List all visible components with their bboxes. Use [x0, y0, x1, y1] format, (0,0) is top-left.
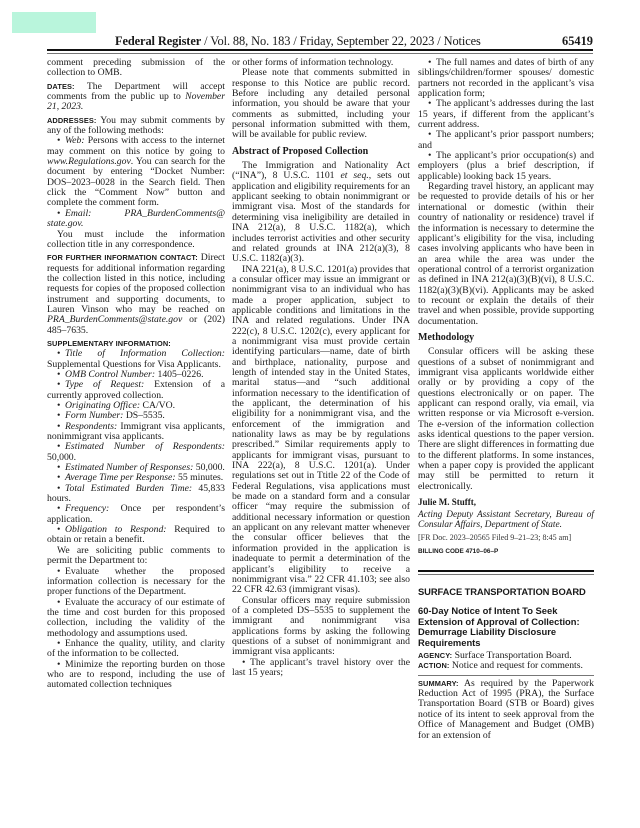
agency-label: AGENCY: [418, 651, 452, 660]
signer-name: Julie M. Stufft, [418, 497, 594, 507]
running-head: Federal Register / Vol. 88, No. 183 / Fr… [115, 34, 481, 49]
abstract-heading: Abstract of Proposed Collection [232, 147, 410, 157]
question-item: •The full names and dates of birth of an… [418, 58, 594, 99]
info-item-label: Estimated Number of Respondents: [65, 441, 225, 452]
highlight-box [12, 12, 96, 33]
question-item: •The applicant’s prior occupation(s) and… [418, 151, 594, 182]
paragraph: We are soliciting public comments to per… [47, 546, 225, 567]
question-text: The applicant’s travel history over the … [232, 657, 410, 678]
info-item-label: Form Number: [65, 410, 123, 421]
info-item-value: Supplemental Questions for Visa Applican… [47, 359, 221, 370]
methodology-heading: Methodology [418, 333, 594, 343]
document-title: 60-Day Notice of Intent To Seek Extensio… [418, 606, 594, 648]
info-item-value: 50,000. [47, 452, 76, 463]
paragraph: Consular officers will be asking these q… [418, 347, 594, 492]
info-item-label: Respondents: [65, 421, 117, 432]
section-rule-thin [418, 574, 594, 575]
dates-section: DATES: The Department will accept commen… [47, 82, 225, 113]
contact-text: Direct requests for additional informati… [47, 252, 225, 315]
purpose-item: •Evaluate whether the proposed informati… [47, 567, 225, 598]
page-header: Federal Register / Vol. 88, No. 183 / Fr… [47, 34, 593, 48]
et-seq: et seq. [340, 170, 368, 181]
paragraph: You must include the information collect… [47, 230, 225, 251]
agency-heading: SURFACE TRANSPORTATION BOARD [418, 587, 594, 597]
publication-name: Federal Register [115, 34, 201, 48]
info-item: •Obligation to Respond: Required to obta… [47, 525, 225, 546]
info-item-value: 50,000. [193, 462, 224, 473]
paragraph: Regarding travel history, an applicant m… [418, 182, 594, 327]
purpose-item: •Minimize the reporting burden on those … [47, 660, 225, 691]
info-item-label: Title of Information Collection: [65, 348, 225, 359]
action-label: ACTION: [418, 661, 450, 670]
summary-line: SUMMARY: As required by the Paperwork Re… [418, 679, 594, 741]
info-item: •Respondents: Immigrant visa applicants,… [47, 422, 225, 443]
email-link[interactable]: Email: PRA_BurdenComments@ state.gov. [47, 208, 225, 229]
summary-text: As required by the Paperwork Reduction A… [418, 678, 594, 741]
paragraph: Consular officers may require submission… [232, 596, 410, 658]
web-label: Web: [65, 135, 85, 146]
contact-email-link[interactable]: PRA_BurdenComments@state.gov [47, 314, 182, 325]
paragraph: The Immigration and Nationality Act (“IN… [232, 161, 410, 264]
column-1: comment preceding submission of the coll… [47, 58, 225, 691]
section-rule-thick [418, 570, 594, 572]
purpose-item: •Enhance the quality, utility, and clari… [47, 639, 225, 660]
billing-code: BILLING CODE 4710–06–P [418, 547, 594, 557]
info-item-label: Total Estimated Burden Time: [65, 483, 192, 494]
email-bullet: •Email: PRA_BurdenComments@ state.gov. [47, 209, 225, 230]
info-item-label: Frequency: [65, 503, 109, 514]
paragraph: Please note that comments submitted in r… [232, 68, 410, 140]
info-item: •Estimated Number of Respondents: 50,000… [47, 442, 225, 463]
question-text: The applicant’s addresses during the las… [418, 98, 594, 130]
dates-label: DATES: [47, 82, 75, 91]
column-3: •The full names and dates of birth of an… [418, 58, 594, 741]
action-line: ACTION: Notice and request for comments. [418, 661, 594, 671]
info-item-value: CA/VO. [140, 400, 175, 411]
question-text: The applicant’s prior passport numbers; … [418, 129, 594, 150]
question-item: •The applicant’s travel history over the… [232, 658, 410, 679]
column-2: or other forms of information technology… [232, 58, 410, 678]
paragraph: comment preceding submission of the coll… [47, 58, 225, 79]
addresses-section: ADDRESSES: You may submit comments by an… [47, 116, 225, 137]
text: , sets out application and eligibility r… [232, 170, 410, 264]
action-text: Notice and request for comments. [450, 660, 583, 671]
agency-text: Surface Transportation Board. [452, 650, 571, 661]
info-item-label: Obligation to Respond: [65, 524, 167, 535]
purpose-text: Minimize the reporting burden on those w… [47, 659, 225, 691]
question-item: •The applicant’s prior passport numbers;… [418, 130, 594, 151]
info-item-value: 1405–0226. [155, 369, 203, 380]
info-item-label: Type of Request: [65, 379, 144, 390]
info-item-label: Average Time per Response: [65, 472, 176, 483]
purpose-item: •Evaluate the accuracy of our estimate o… [47, 598, 225, 639]
addresses-label: ADDRESSES: [47, 116, 96, 125]
info-item-value: 55 minutes. [176, 472, 224, 483]
signer-title: Acting Deputy Assistant Secretary, Burea… [418, 510, 594, 530]
fr-doc-citation: [FR Doc. 2023–20565 Filed 9–21–23; 8:45 … [418, 533, 594, 543]
regulations-link[interactable]: www.Regulations.gov [47, 156, 131, 167]
web-bullet: •Web: Persons with access to the interne… [47, 136, 225, 208]
info-item-value: DS–5535. [123, 410, 164, 421]
contact-section: FOR FURTHER INFORMATION CONTACT: Direct … [47, 253, 225, 336]
purpose-text: Enhance the quality, utility, and clarit… [47, 638, 225, 659]
summary-label: SUMMARY: [418, 679, 459, 688]
header-rule-thick [47, 49, 593, 51]
info-item: •Frequency: Once per respondent’s applic… [47, 504, 225, 525]
supplementary-label: SUPPLEMENTARY INFORMATION: [47, 339, 171, 348]
info-item-label: Originating Office: [65, 400, 140, 411]
question-text: The applicant’s prior occupation(s) and … [418, 150, 594, 182]
purpose-text: Evaluate the accuracy of our estimate of… [47, 597, 225, 639]
info-item-label: Estimated Number of Responses: [65, 462, 193, 473]
info-item: •Title of Information Collection: Supple… [47, 349, 225, 370]
question-item: •The applicant’s addresses during the la… [418, 99, 594, 130]
purpose-text: Evaluate whether the proposed informatio… [47, 566, 225, 598]
info-item-label: OMB Control Number: [65, 369, 155, 380]
page-number: 65419 [562, 34, 593, 49]
info-item: •Type of Request: Extension of a current… [47, 380, 225, 401]
header-rule-thin [47, 53, 593, 54]
issue-details: / Vol. 88, No. 183 / Friday, September 2… [201, 34, 481, 48]
contact-label: FOR FURTHER INFORMATION CONTACT: [47, 253, 198, 262]
info-item: •Total Estimated Burden Time: 45,833 hou… [47, 484, 225, 505]
paragraph: INA 221(a), 8 U.S.C. 1201(a) provides th… [232, 265, 410, 596]
question-text: The full names and dates of birth of any… [418, 57, 594, 99]
summary-rule [418, 675, 594, 676]
